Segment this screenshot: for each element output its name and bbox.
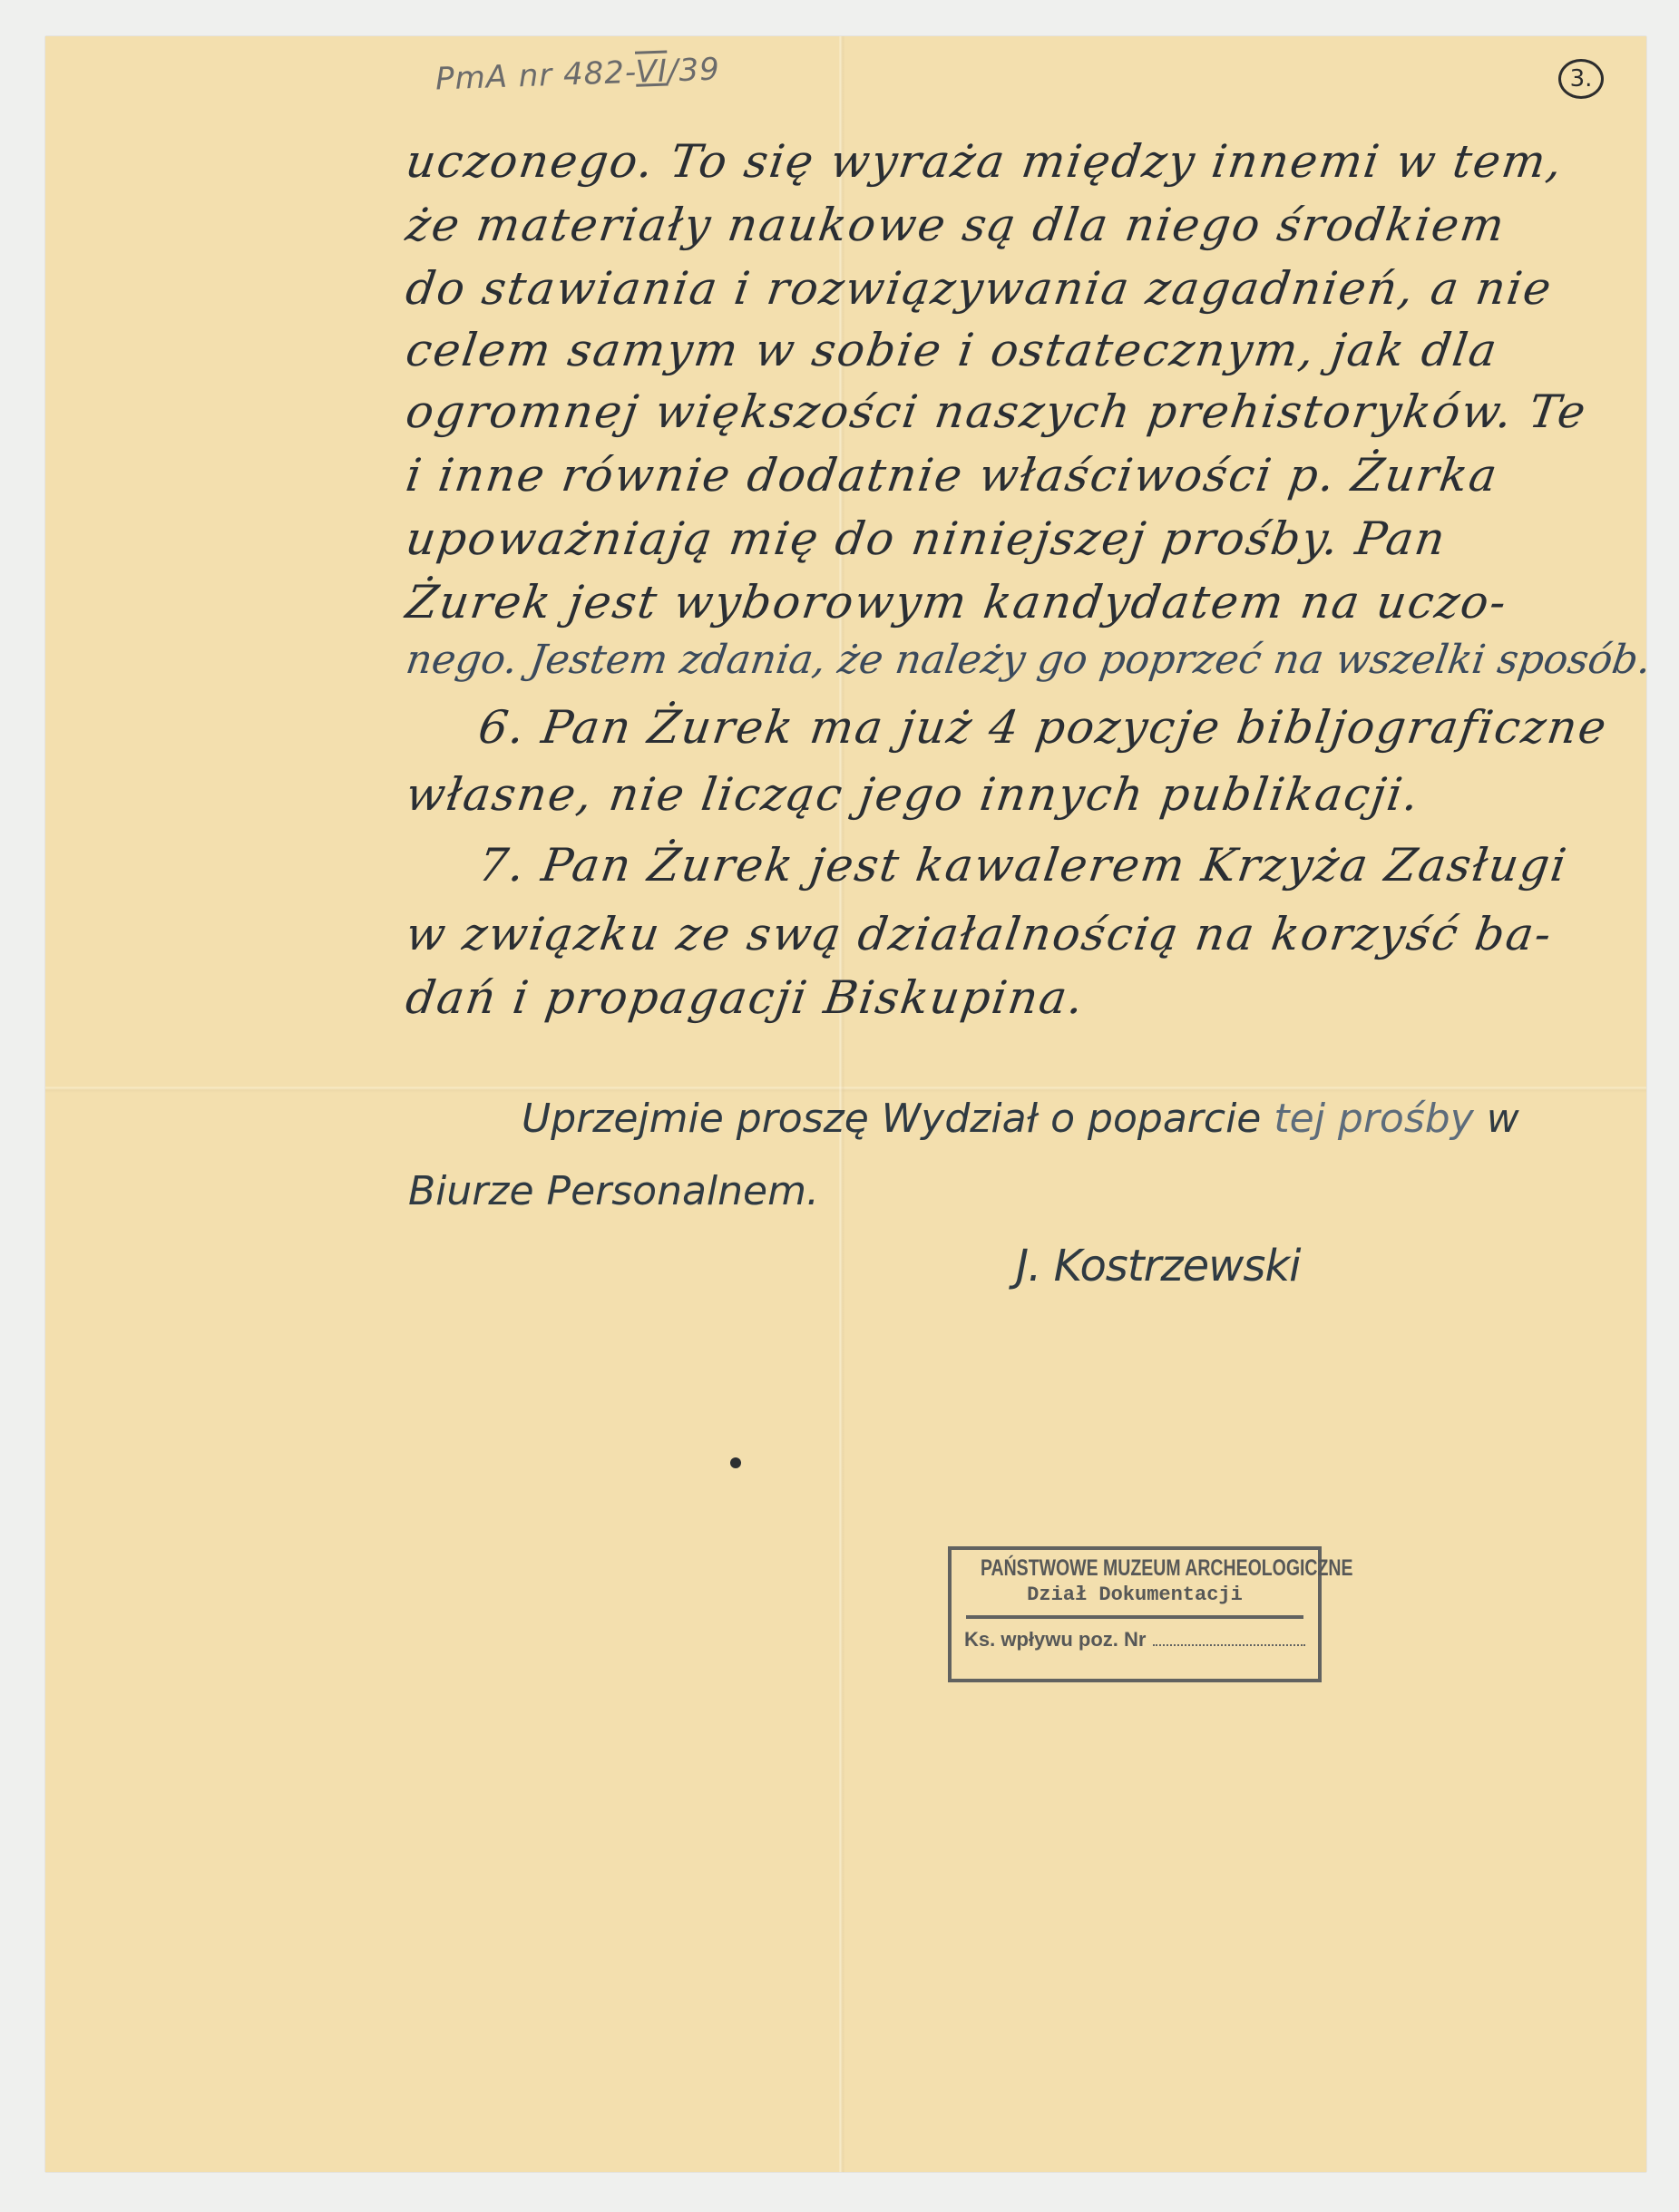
closing-request-line-2: Biurze Personalnem. (408, 1168, 819, 1214)
closing-inserted-text: tej prośby (1274, 1096, 1473, 1142)
body-line-1: uczonego. To się wyraża między innemi w … (403, 134, 1567, 189)
item-7-line-1: 7. Pan Żurek jest kawalerem Krzyża Zasłu… (475, 838, 1571, 892)
circled-page-number: 3. (1558, 59, 1604, 99)
item-6-line-2: własne, nie licząc jego innych publikacj… (403, 767, 1424, 822)
archival-reference-note: PmA nr 482-VI/39 (434, 52, 720, 98)
ink-dot-mark (730, 1457, 741, 1468)
body-line-7: upoważniają mię do niniejszej prośby. Pa… (403, 512, 1450, 566)
stamp-field-label: Ks. wpływu poz. Nr (964, 1628, 1146, 1652)
body-line-4: celem samym w sobie i ostatecznym, jak d… (403, 323, 1502, 377)
archival-roman-numeral: VI (635, 54, 669, 91)
item-7-line-2: w związku ze swą działalnością na korzyś… (403, 907, 1557, 961)
closing-text-end: w (1487, 1096, 1519, 1142)
closing-text: Uprzejmie proszę Wydział o poparcie (522, 1096, 1261, 1142)
stamp-department: Dział Dokumentacji (964, 1583, 1305, 1606)
archival-prefix: PmA nr 482- (434, 54, 636, 98)
museum-registration-stamp: PAŃSTWOWE MUZEUM ARCHEOLOGICZNE Dział Do… (948, 1546, 1322, 1682)
item-7-line-3: dań i propagacji Biskupina. (403, 970, 1088, 1025)
body-line-8: Żurek jest wyborowym kandydatem na uczo- (403, 575, 1511, 629)
letter-page: PmA nr 482-VI/39 3. uczonego. To się wyr… (45, 36, 1646, 2172)
stamp-institution-name: PAŃSTWOWE MUZEUM ARCHEOLOGICZNE (981, 1555, 1289, 1582)
stamp-entry-field: Ks. wpływu poz. Nr (964, 1628, 1305, 1652)
signature: J. Kostrzewski (1016, 1241, 1301, 1291)
body-line-9-added-remark: nego. Jestem zdania, że należy go poprze… (403, 633, 1655, 687)
item-6-line-1: 6. Pan Żurek ma już 4 pozycje bibljograf… (475, 700, 1611, 755)
body-line-2: że materiały naukowe są dla niego środki… (403, 198, 1509, 252)
body-line-6: i inne równie dodatnie właściwości p. Żu… (403, 448, 1502, 502)
archival-suffix: /39 (667, 52, 720, 90)
stamp-field-blank (1153, 1632, 1305, 1646)
closing-request-line-1: Uprzejmie proszę Wydział o poparcie tej … (522, 1096, 1519, 1142)
body-line-3: do stawiania i rozwiązywania zagadnień, … (403, 261, 1557, 316)
body-line-5: ogromnej większości naszych prehistorykó… (403, 385, 1591, 439)
stamp-divider (966, 1615, 1303, 1619)
